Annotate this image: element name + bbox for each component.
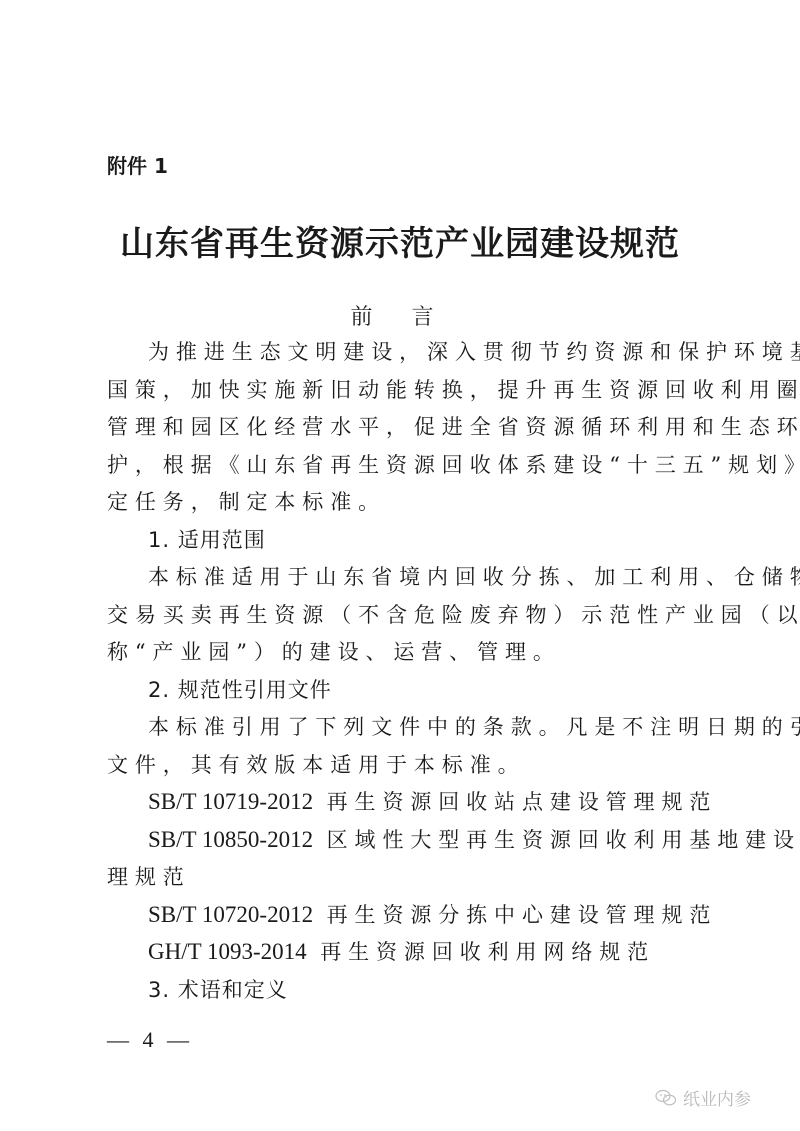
paragraph-line: 交易买卖再生资源（不含危险废弃物）示范性产业园（以下简 xyxy=(107,601,800,629)
preface-heading: 前 言 xyxy=(0,300,800,331)
paragraph-line: 管理和园区化经营水平，促进全省资源循环利用和生态环境保 xyxy=(107,413,800,441)
watermark-text: 纸业内参 xyxy=(683,1085,751,1110)
paragraph-line: 称“产业园”）的建设、运营、管理。 xyxy=(107,638,561,666)
section-heading: 1. 适用范围 xyxy=(148,526,266,554)
paragraph-line: 文件，其有效版本适用于本标准。 xyxy=(107,751,526,779)
reference-title: 再生资源回收利用网络规范 xyxy=(320,940,655,964)
section-heading: 3. 术语和定义 xyxy=(148,976,288,1004)
wechat-icon xyxy=(655,1089,677,1107)
reference-item: SB/T 10720-2012 再生资源分拣中心建设管理规范 xyxy=(148,901,717,929)
reference-code: SB/T 10719-2012 xyxy=(148,789,313,814)
document-title: 山东省再生资源示范产业园建设规范 xyxy=(0,216,800,265)
reference-code: GH/T 1093-2014 xyxy=(148,939,307,964)
reference-title: 再生资源分拣中心建设管理规范 xyxy=(327,903,718,927)
reference-title: 再生资源回收站点建设管理规范 xyxy=(327,790,718,814)
reference-item: GH/T 1093-2014 再生资源回收利用网络规范 xyxy=(148,938,655,966)
paragraph-line: 本标准适用于山东省境内回收分拣、加工利用、仓储物流、 xyxy=(148,563,800,591)
paragraph-line: 定任务，制定本标准。 xyxy=(107,488,386,516)
reference-code: SB/T 10850-2012 xyxy=(148,827,313,852)
reference-continuation: 理规范 xyxy=(107,863,191,891)
paragraph-line: 本标准引用了下列文件中的条款。凡是不注明日期的引用 xyxy=(148,713,800,741)
paragraph-line: 国策，加快实施新旧动能转换，提升再生资源回收利用圈区化 xyxy=(107,376,800,404)
reference-item: SB/T 10719-2012 再生资源回收站点建设管理规范 xyxy=(148,788,717,816)
paragraph-line: 护，根据《山东省再生资源回收体系建设“十三五”规划》规 xyxy=(107,451,800,479)
reference-item: SB/T 10850-2012 区域性大型再生资源回收利用基地建设管 xyxy=(148,826,800,854)
paragraph-line: 为推进生态文明建设，深入贯彻节约资源和保护环境基本 xyxy=(148,338,800,366)
section-heading: 2. 规范性引用文件 xyxy=(148,676,332,704)
attachment-label: 附件 1 xyxy=(107,150,168,179)
reference-code: SB/T 10720-2012 xyxy=(148,902,313,927)
watermark: 纸业内参 xyxy=(655,1085,751,1110)
page-number: — 4 — xyxy=(107,1027,193,1053)
reference-title: 区域性大型再生资源回收利用基地建设管 xyxy=(327,828,800,852)
